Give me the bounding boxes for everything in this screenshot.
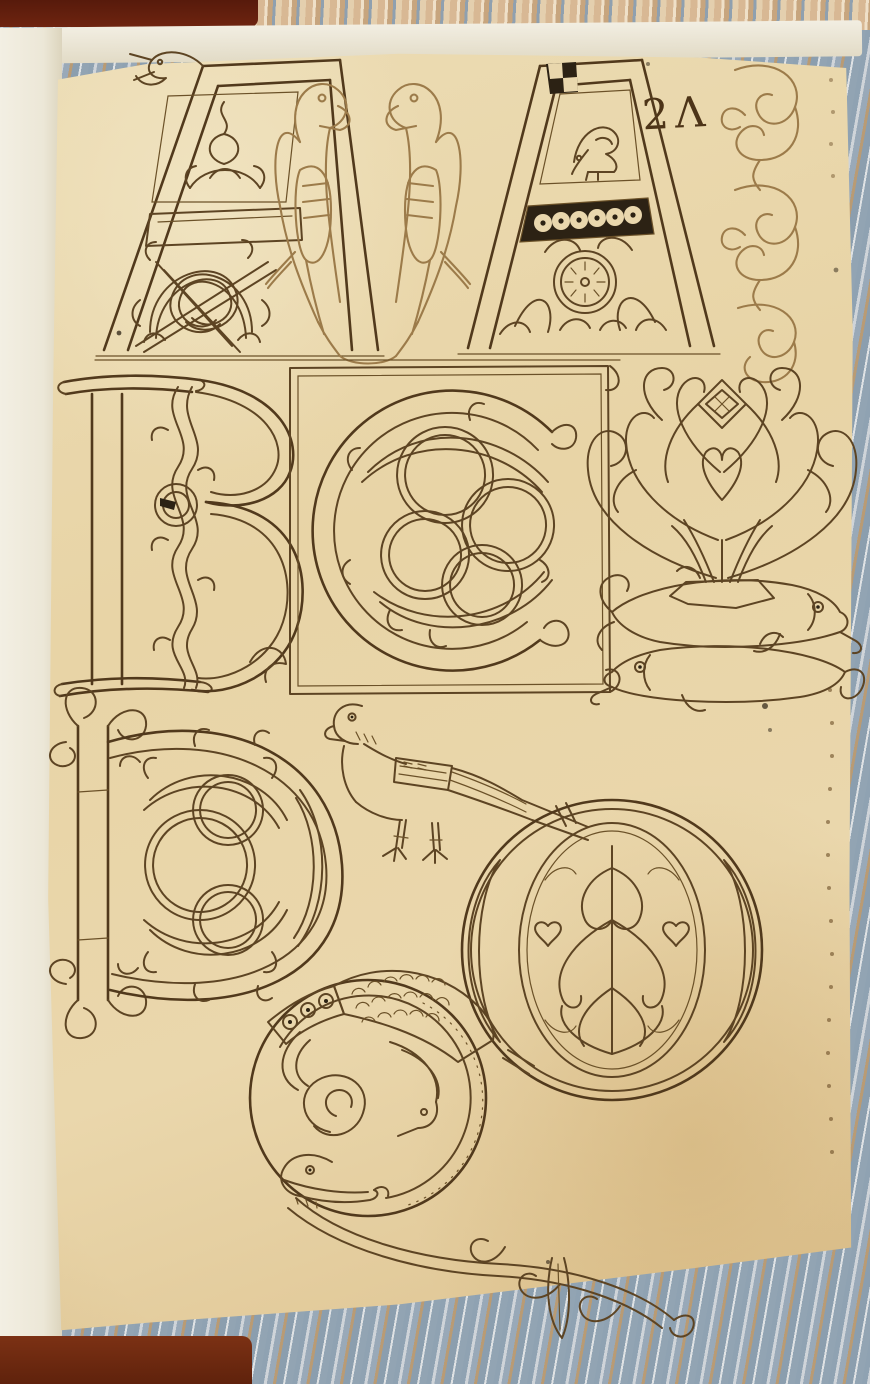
initial-a-interlace bbox=[96, 52, 384, 356]
standing-bird bbox=[325, 704, 588, 863]
palmette-ornament bbox=[588, 368, 857, 608]
initial-a-vinescroll bbox=[458, 60, 720, 354]
initial-c bbox=[290, 366, 620, 694]
initials-drawing bbox=[0, 0, 870, 1384]
initial-q-dragon bbox=[250, 971, 694, 1338]
initial-b bbox=[55, 376, 303, 696]
pricking-holes bbox=[826, 78, 835, 1154]
photograph-of-manuscript: { "page": { "folio_number": "2Λ" }, "man… bbox=[0, 0, 870, 1384]
initial-a-birds bbox=[266, 84, 470, 363]
initial-o bbox=[462, 800, 762, 1100]
initial-d bbox=[50, 688, 342, 1038]
fish-pair bbox=[591, 567, 864, 711]
border-scroll bbox=[722, 65, 798, 382]
